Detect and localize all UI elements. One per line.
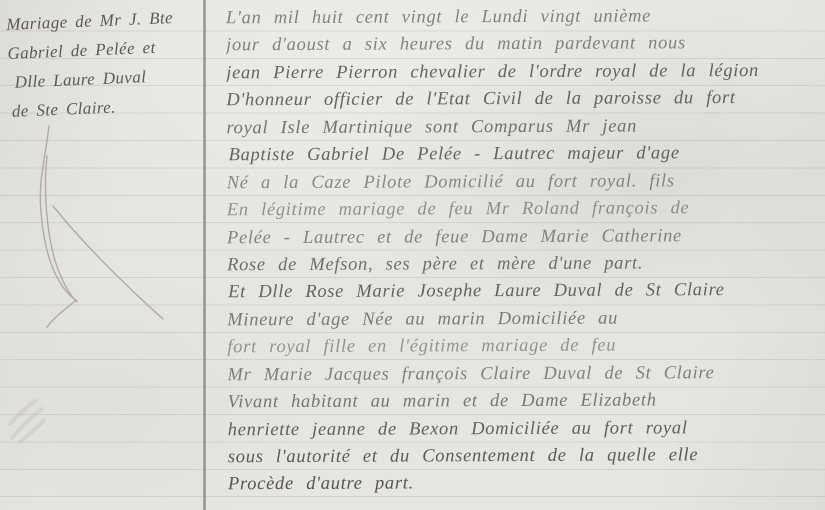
handwritten-line: Pelée - Lautrec et de feue Dame Marie Ca… xyxy=(227,222,823,252)
handwritten-line: Mr Marie Jacques françois Claire Duval d… xyxy=(227,359,823,389)
handwritten-line: sous l'autorité et du Consentement de la… xyxy=(228,442,824,472)
handwritten-line: Vivant habitant au marin et de Dame Eliz… xyxy=(228,387,824,417)
handwritten-line: jour d'aoust a six heures du matin parde… xyxy=(226,30,822,60)
handwritten-line: D'honneur officier de l'Etat Civil de la… xyxy=(226,85,822,115)
handwritten-line: Mineure d'age Née au marin Domiciliée au xyxy=(227,305,823,335)
handwritten-line: En légitime mariage de feu Mr Roland fra… xyxy=(227,195,823,225)
handwritten-line: fort royal fille en l'égitime mariage de… xyxy=(227,332,823,362)
handwritten-line: L'an mil huit cent vingt le Lundi vingt … xyxy=(226,3,822,33)
handwritten-line: henriette jeanne de Bexon Domiciliée au … xyxy=(228,414,824,444)
handwritten-line: royal Isle Martinique sont Comparus Mr j… xyxy=(226,112,822,142)
handwritten-line: Et Dlle Rose Marie Josephe Laure Duval d… xyxy=(227,277,823,307)
handwritten-line: Baptiste Gabriel De Pelée - Lautrec maje… xyxy=(227,140,823,170)
handwritten-line: Né a la Caze Pilote Domicilié au fort ro… xyxy=(227,167,823,197)
act-body-text: L'an mil huit cent vingt le Lundi vingt … xyxy=(226,3,824,508)
handwritten-line: Procède d'autre part. xyxy=(228,469,824,499)
register-page: Mariage de Mr J. Bte Gabriel de Pelée et… xyxy=(0,0,825,510)
column-divider-line xyxy=(203,0,206,510)
handwritten-line: Rose de Mefson, ses père et mère d'une p… xyxy=(227,250,823,280)
handwritten-line: jean Pierre Pierron chevalier de l'ordre… xyxy=(226,58,822,88)
